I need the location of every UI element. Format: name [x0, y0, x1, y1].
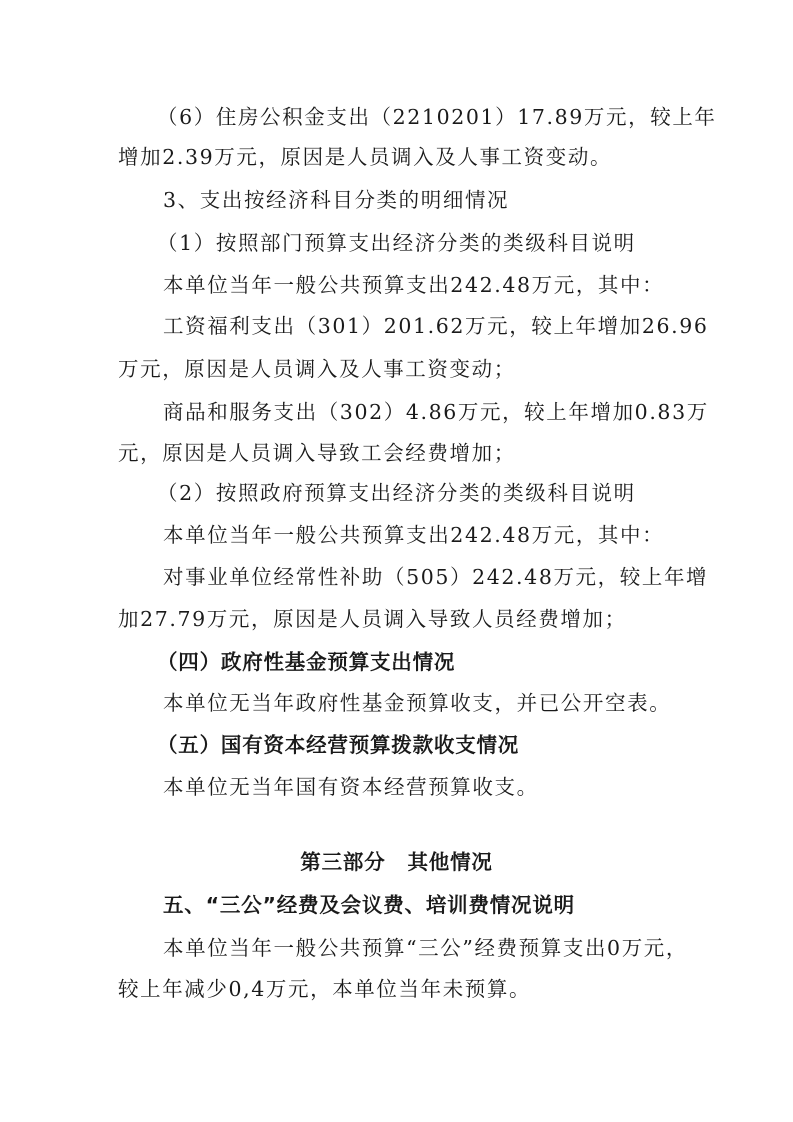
part-three-title-right: 其他情况	[408, 850, 493, 874]
subheading-government-budget-classification: （2）按照政府预算支出经济分类的类级科目说明	[157, 479, 717, 507]
paragraph-housing-fund-line1: （6）住房公积金支出（2210201）17.89万元，较上年	[157, 103, 717, 131]
paragraph-salary-welfare-line2: 万元，原因是人员调入及人事工资变动；	[118, 355, 678, 383]
document-page: （6）住房公积金支出（2210201）17.89万元，较上年 增加2.39万元，…	[0, 0, 793, 1122]
paragraph-three-public-line2: 较上年减少0,4万元，本单位当年未预算。	[118, 975, 678, 1003]
subheading-department-budget-classification: （1）按照部门预算支出经济分类的类级科目说明	[157, 229, 717, 257]
heading-government-fund-budget: （四）政府性基金预算支出情况	[157, 648, 717, 676]
paragraph-goods-services-line1: 商品和服务支出（302）4.86万元，较上年增加0.83万	[163, 398, 723, 426]
paragraph-three-public-line1: 本单位当年一般公共预算“三公”经费预算支出0万元，	[163, 934, 723, 962]
paragraph-housing-fund-line2: 增加2.39万元，原因是人员调入及人事工资变动。	[118, 143, 678, 171]
paragraph-government-fund-budget: 本单位无当年政府性基金预算收支，并已公开空表。	[163, 689, 723, 717]
paragraph-subsidy-line1: 对事业单位经常性补助（505）242.48万元，较上年增	[163, 563, 723, 591]
part-three-title: 第三部分其他情况	[0, 848, 793, 876]
heading-three-public-expenses: 五、“三公”经费及会议费、培训费情况说明	[163, 891, 723, 919]
paragraph-subsidy-line2: 加27.79万元，原因是人员调入导致人员经费增加；	[118, 605, 678, 633]
part-three-title-left: 第三部分	[300, 850, 385, 874]
paragraph-general-budget-total-1: 本单位当年一般公共预算支出242.48万元，其中：	[163, 271, 723, 299]
paragraph-goods-services-line2: 元，原因是人员调入导致工会经费增加；	[118, 439, 678, 467]
paragraph-general-budget-total-2: 本单位当年一般公共预算支出242.48万元，其中：	[163, 521, 723, 549]
paragraph-state-capital-budget: 本单位无当年国有资本经营预算收支。	[163, 773, 723, 801]
paragraph-salary-welfare-line1: 工资福利支出（301）201.62万元，较上年增加26.96	[163, 312, 723, 340]
heading-state-capital-budget: （五）国有资本经营预算拨款收支情况	[157, 731, 717, 759]
heading-economic-classification: 3、支出按经济科目分类的明细情况	[163, 186, 723, 214]
